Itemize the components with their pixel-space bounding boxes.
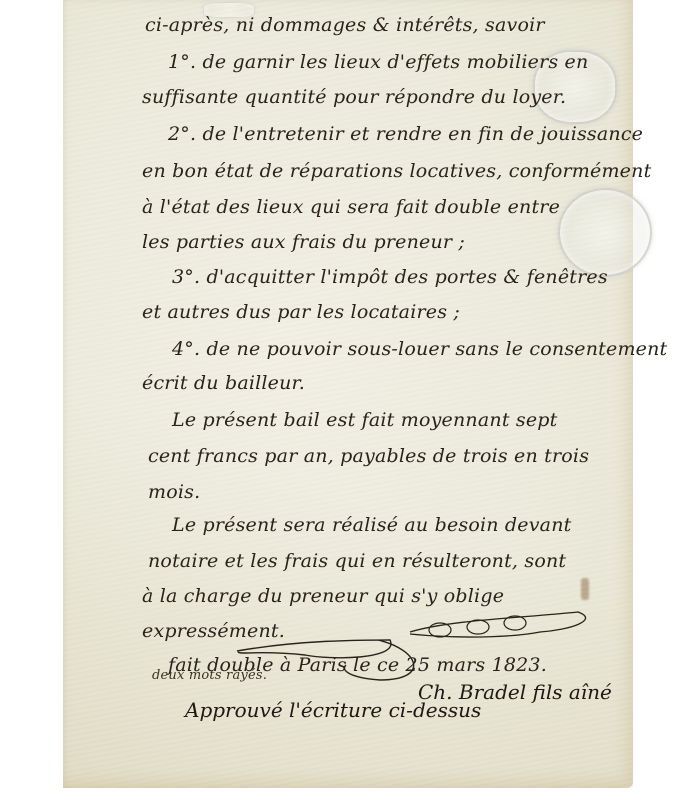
text-line-6: à l'état des lieux qui sera fait double … bbox=[142, 196, 560, 218]
text-line-1: ci-après, ni dommages & intérêts, savoir bbox=[145, 14, 545, 36]
signature-bradel: Ch. Bradel fils aîné bbox=[418, 680, 612, 704]
text-line-10: 4°. de ne pouvoir sous-louer sans le con… bbox=[172, 338, 667, 360]
text-line-16: notaire et les frais qui en résulteront,… bbox=[148, 550, 566, 572]
text-line-14: mois. bbox=[148, 481, 200, 503]
text-line-12: Le présent bail est fait moyennant sept bbox=[172, 409, 558, 431]
text-line-18: expressément. bbox=[142, 620, 285, 642]
text-line-11: écrit du bailleur. bbox=[142, 372, 305, 394]
text-line-9: et autres dus par les locataires ; bbox=[142, 301, 460, 323]
text-line-7: les parties aux frais du preneur ; bbox=[142, 231, 465, 253]
ink-stain bbox=[581, 578, 589, 600]
marginal-note: deux mots rayés. bbox=[152, 668, 267, 683]
text-line-17: à la charge du preneur qui s'y oblige bbox=[142, 585, 504, 607]
text-line-5: en bon état de réparations locatives, co… bbox=[142, 160, 651, 182]
text-line-3: suffisante quantité pour répondre du loy… bbox=[142, 86, 566, 108]
text-line-2: 1°. de garnir les lieux d'effets mobilie… bbox=[168, 51, 588, 73]
text-line-8: 3°. d'acquitter l'impôt des portes & fen… bbox=[172, 266, 608, 288]
embossed-round-seal bbox=[558, 188, 652, 277]
text-line-13: cent francs par an, payables de trois en… bbox=[148, 445, 589, 467]
text-line-15: Le présent sera réalisé au besoin devant bbox=[172, 514, 571, 536]
text-line-4: 2°. de l'entretenir et rendre en fin de … bbox=[168, 123, 643, 145]
